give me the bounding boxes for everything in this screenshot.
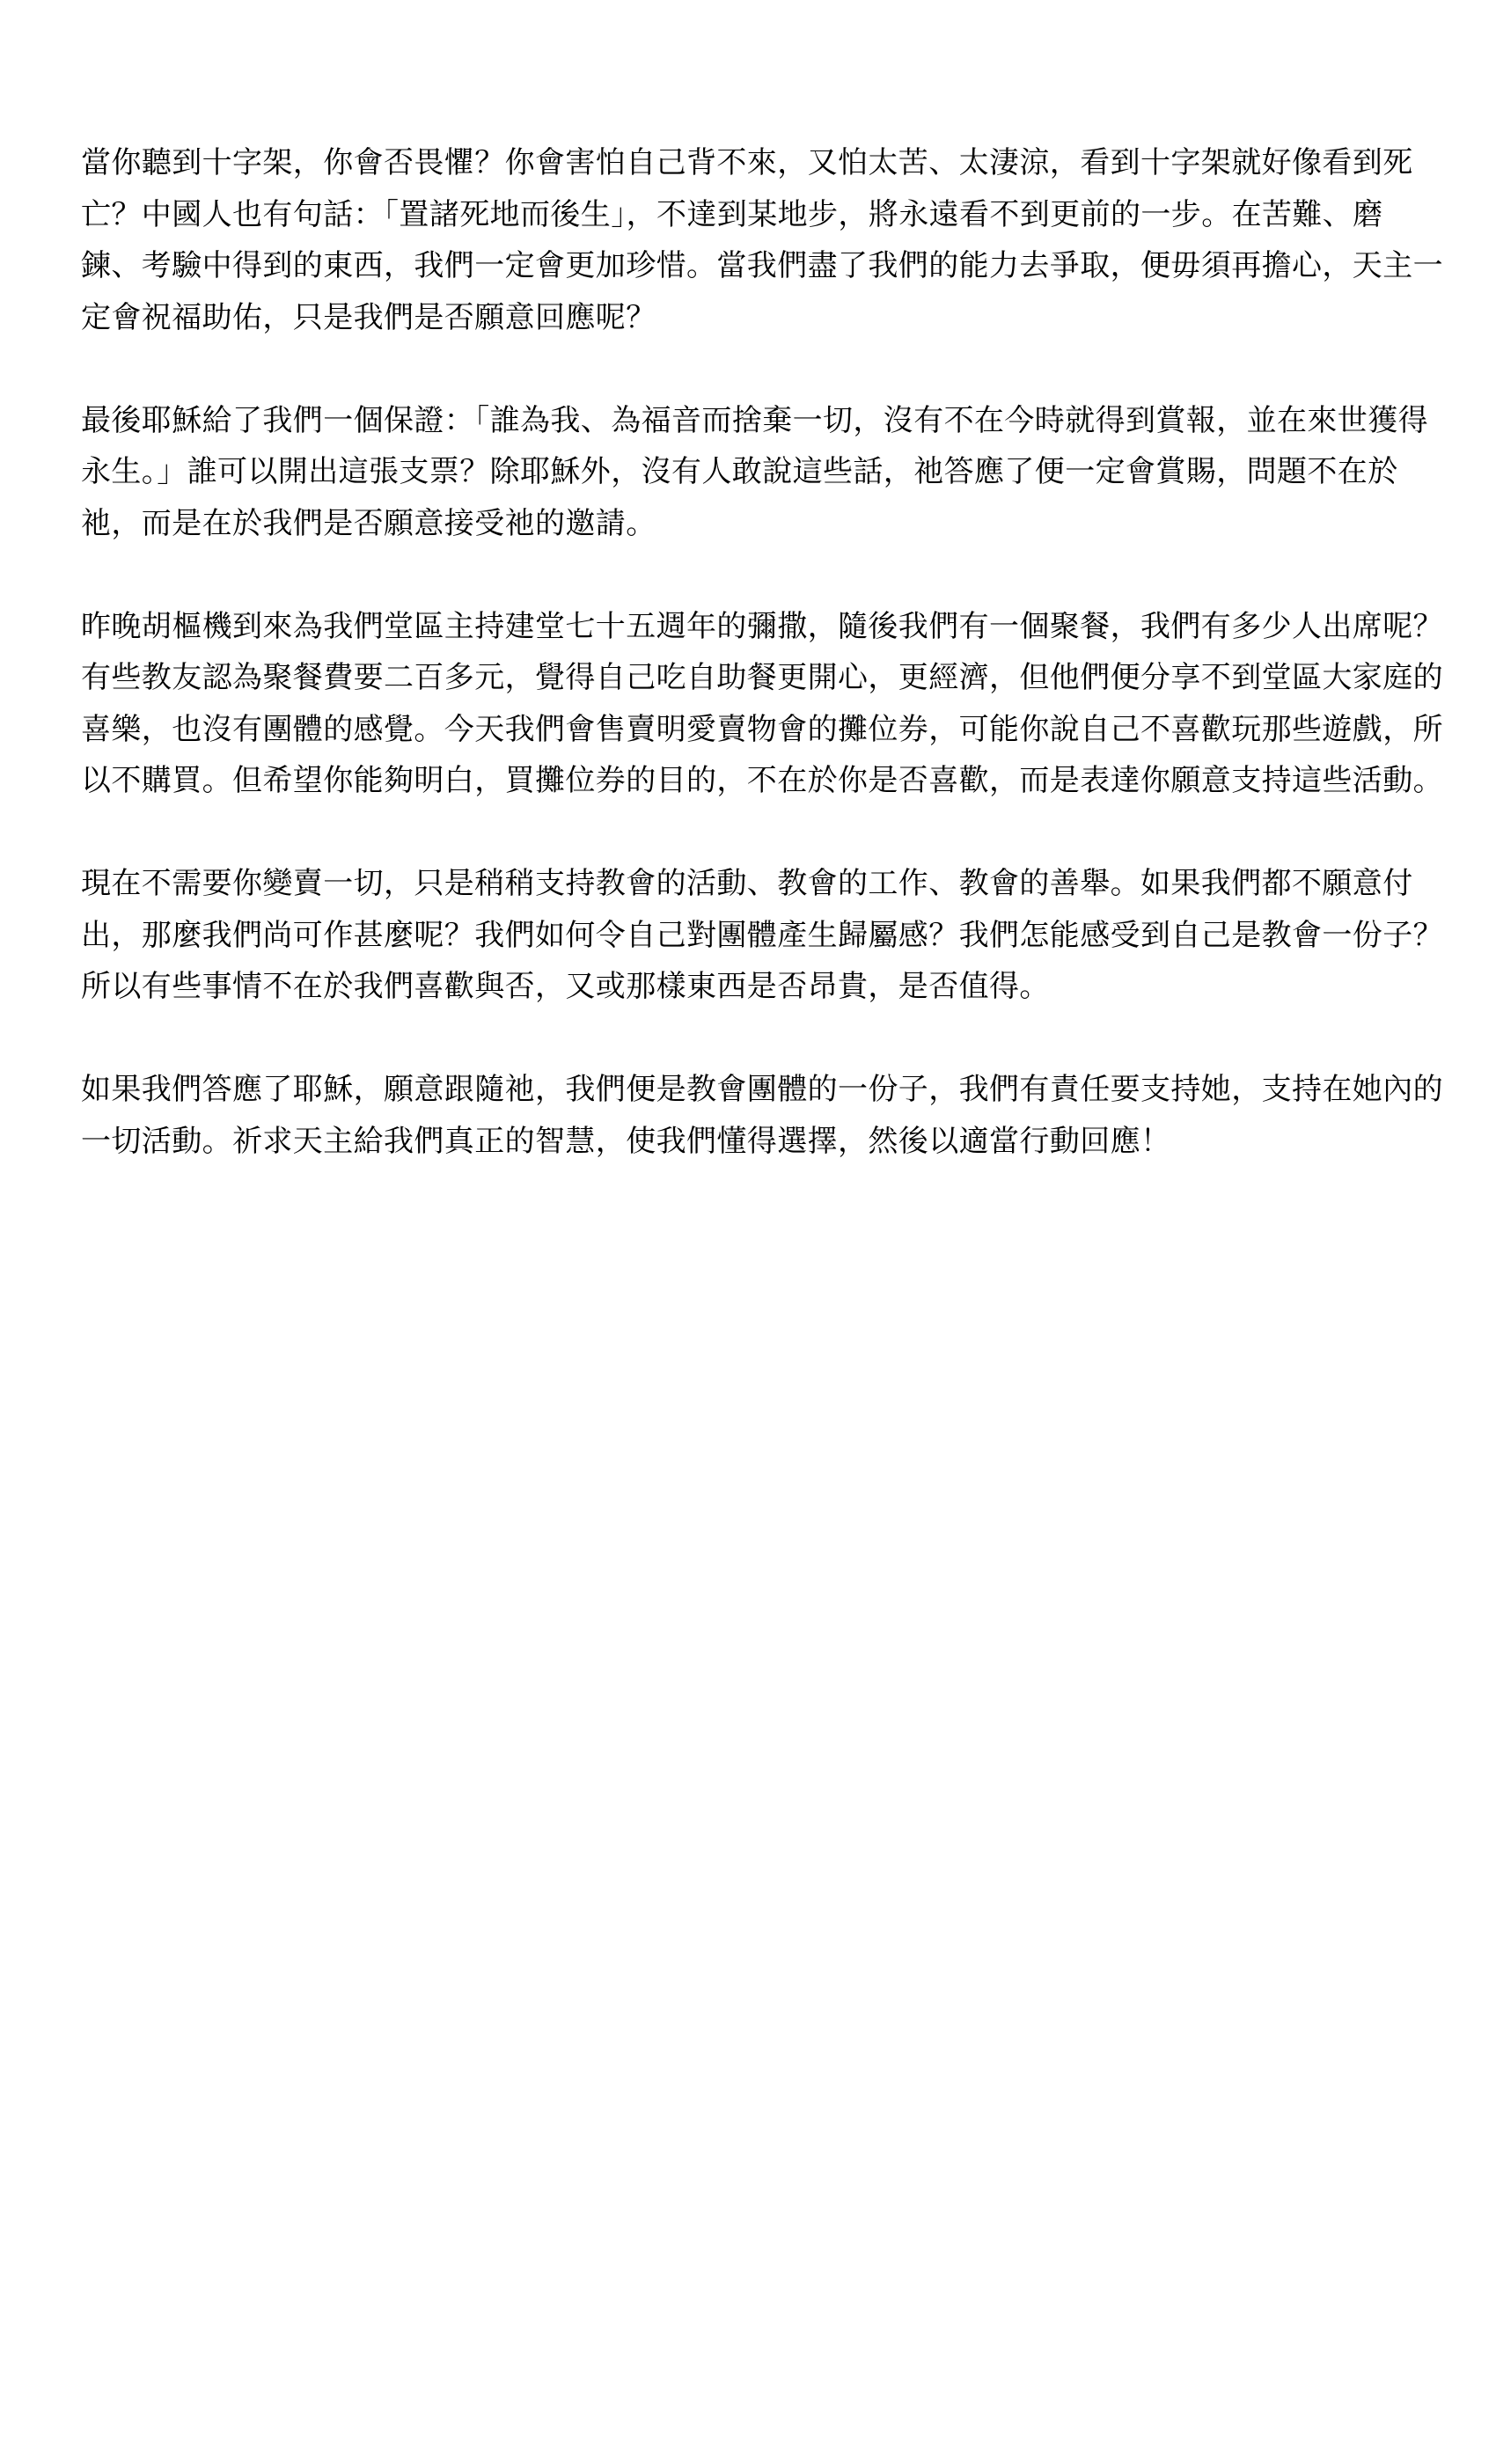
document-body: 當你聽到十字架，你會否畏懼？你會害怕自己背不來，又怕太苦、太淒涼，看到十字架就好… (81, 137, 1419, 1167)
paragraph-3: 昨晚胡樞機到來為我們堂區主持建堂七十五週年的彌撒，隨後我們有一個聚餐，我們有多少… (81, 601, 1419, 807)
text-line: 出，那麼我們尚可作甚麼呢？我們如何令自己對團體產生歸屬感？我們怎能感受到自己是教… (81, 910, 1419, 962)
text-line: 鍊、考驗中得到的東西，我們一定會更加珍惜。當我們盡了我們的能力去爭取，便毋須再擔… (81, 240, 1419, 292)
text-line: 定會祝福助佑，只是我們是否願意回應呢？ (81, 292, 1419, 344)
text-line: 有些教友認為聚餐費要二百多元，覺得自己吃自助餐更開心，更經濟，但他們便分享不到堂… (81, 652, 1419, 704)
text-line: 祂，而是在於我們是否願意接受祂的邀請。 (81, 498, 1419, 550)
paragraph-1: 當你聽到十字架，你會否畏懼？你會害怕自己背不來，又怕太苦、太淒涼，看到十字架就好… (81, 137, 1419, 343)
text-line: 喜樂，也沒有團體的感覺。今天我們會售賣明愛賣物會的攤位券，可能你說自己不喜歡玩那… (81, 704, 1419, 756)
text-line: 現在不需要你變賣一切，只是稍稍支持教會的活動、教會的工作、教會的善舉。如果我們都… (81, 858, 1419, 910)
paragraph-5: 如果我們答應了耶穌，願意跟隨祂，我們便是教會團體的一份子，我們有責任要支持她，支… (81, 1064, 1419, 1167)
paragraph-2: 最後耶穌給了我們一個保證：「誰為我、為福音而捨棄一切，沒有不在今時就得到賞報，並… (81, 395, 1419, 550)
text-line: 如果我們答應了耶穌，願意跟隨祂，我們便是教會團體的一份子，我們有責任要支持她，支… (81, 1064, 1419, 1116)
text-line: 所以有些事情不在於我們喜歡與否，又或那樣東西是否昂貴，是否值得。 (81, 961, 1419, 1013)
paragraph-4: 現在不需要你變賣一切，只是稍稍支持教會的活動、教會的工作、教會的善舉。如果我們都… (81, 858, 1419, 1013)
text-line: 以不購買。但希望你能夠明白，買攤位券的目的，不在於你是否喜歡，而是表達你願意支持… (81, 755, 1419, 807)
text-line: 永生。」誰可以開出這張支票？除耶穌外，沒有人敢說這些話，祂答應了便一定會賞賜，問… (81, 446, 1419, 498)
text-line: 昨晚胡樞機到來為我們堂區主持建堂七十五週年的彌撒，隨後我們有一個聚餐，我們有多少… (81, 601, 1419, 653)
text-line: 一切活動。祈求天主給我們真正的智慧，使我們懂得選擇，然後以適當行動回應！ (81, 1116, 1419, 1168)
text-line: 最後耶穌給了我們一個保證：「誰為我、為福音而捨棄一切，沒有不在今時就得到賞報，並… (81, 395, 1419, 447)
text-line: 亡？中國人也有句話：「置諸死地而後生」，不達到某地步，將永遠看不到更前的一步。在… (81, 189, 1419, 241)
text-line: 當你聽到十字架，你會否畏懼？你會害怕自己背不來，又怕太苦、太淒涼，看到十字架就好… (81, 137, 1419, 189)
